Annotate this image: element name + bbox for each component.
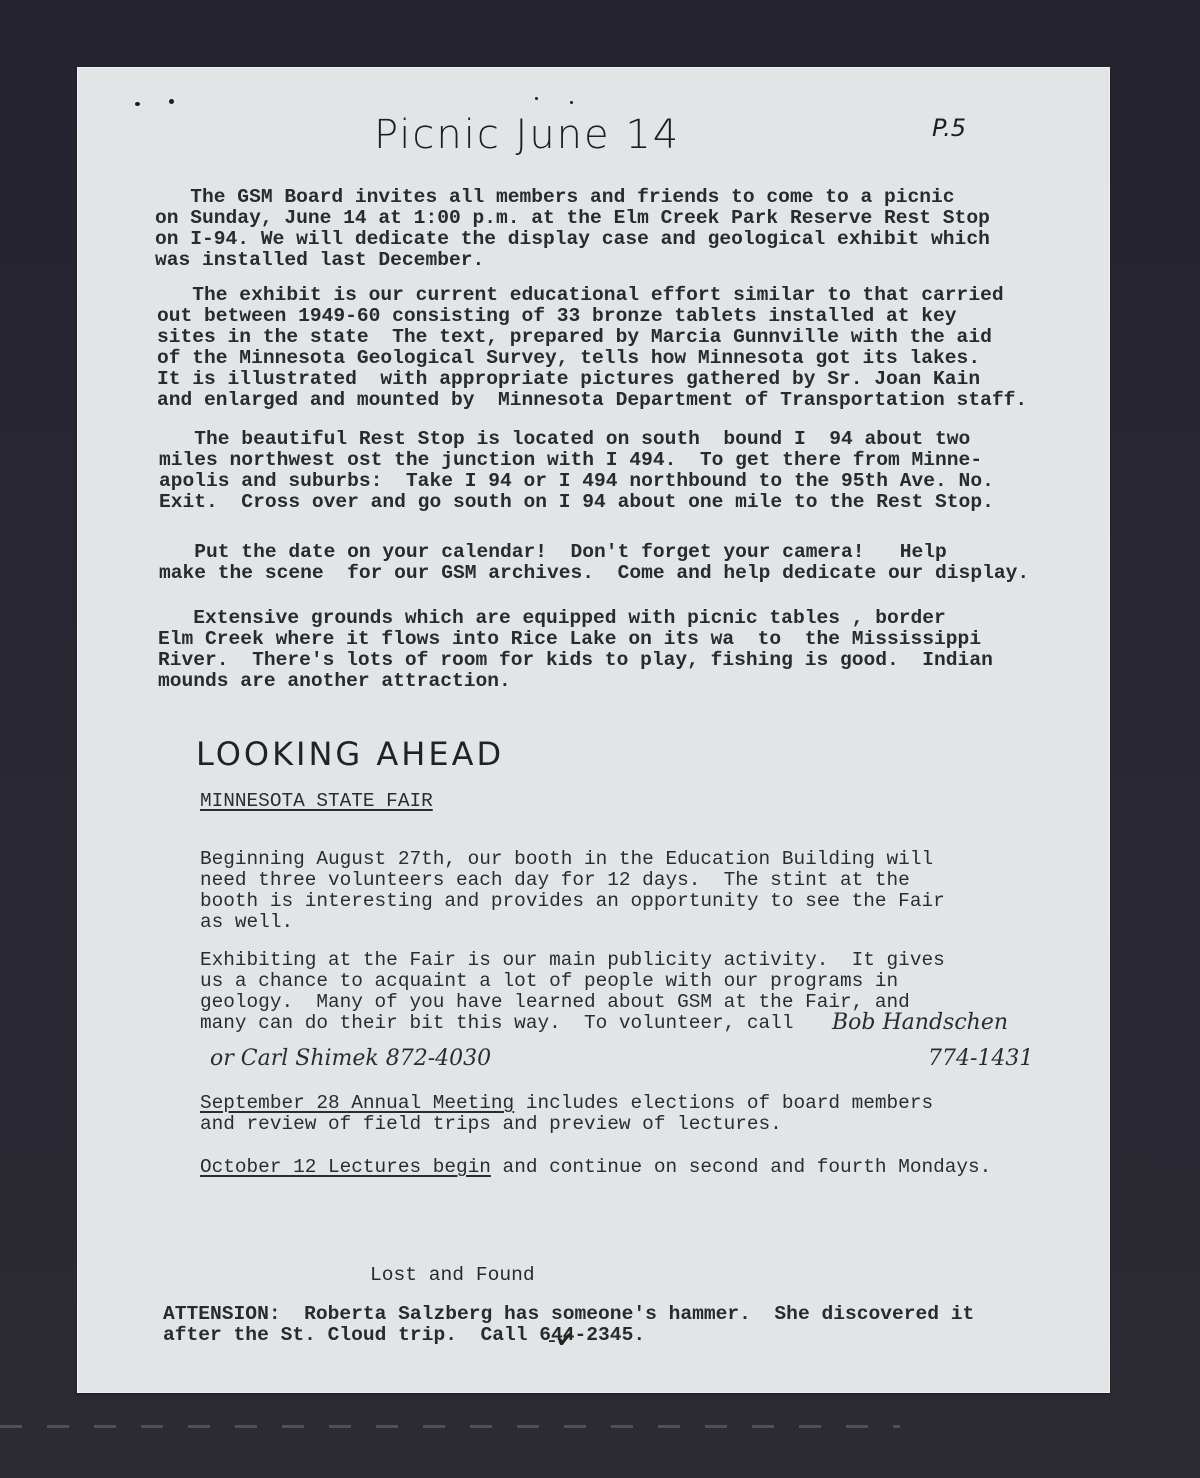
lectures-text: and continue on second and fourth Monday…	[491, 1156, 991, 1178]
film-edge-marks	[0, 1425, 900, 1428]
looking-ahead-heading: LOOKING AHEAD	[196, 735, 504, 773]
state-fair-heading: MINNESOTA STATE FAIR	[200, 791, 433, 812]
page-title: Picnic June 14	[374, 112, 680, 158]
lectures-label: October 12 Lectures begin	[200, 1156, 491, 1178]
lectures-item: October 12 Lectures begin and continue o…	[200, 1157, 991, 1178]
picnic-paragraph-2: The exhibit is our current educational e…	[157, 285, 1027, 411]
page-number: P.5	[932, 114, 966, 142]
picnic-paragraph-3: The beautiful Rest Stop is located on so…	[159, 429, 994, 513]
handwritten-phone-1: 774-1431	[928, 1046, 1033, 1071]
annual-meeting-item: September 28 Annual Meeting includes ele…	[200, 1093, 933, 1135]
ink-speck	[570, 101, 573, 104]
picnic-paragraph-4: Put the date on your calendar! Don't for…	[159, 542, 1029, 584]
handwritten-contact-2: or Carl Shimek 872-4030	[210, 1046, 491, 1071]
picnic-paragraph-5: Extensive grounds which are equipped wit…	[158, 608, 993, 692]
end-check-mark: -✔	[548, 1328, 574, 1353]
ink-speck	[169, 99, 174, 104]
handwritten-contact-1: Bob Handschen	[832, 1010, 1008, 1035]
annual-meeting-label: September 28 Annual Meeting	[200, 1092, 514, 1114]
picnic-paragraph-1: The GSM Board invites all members and fr…	[155, 187, 990, 271]
ink-speck	[535, 97, 538, 100]
state-fair-paragraph-1: Beginning August 27th, our booth in the …	[200, 849, 945, 933]
ink-speck	[135, 102, 140, 106]
lost-and-found-heading: Lost and Found	[370, 1265, 535, 1286]
